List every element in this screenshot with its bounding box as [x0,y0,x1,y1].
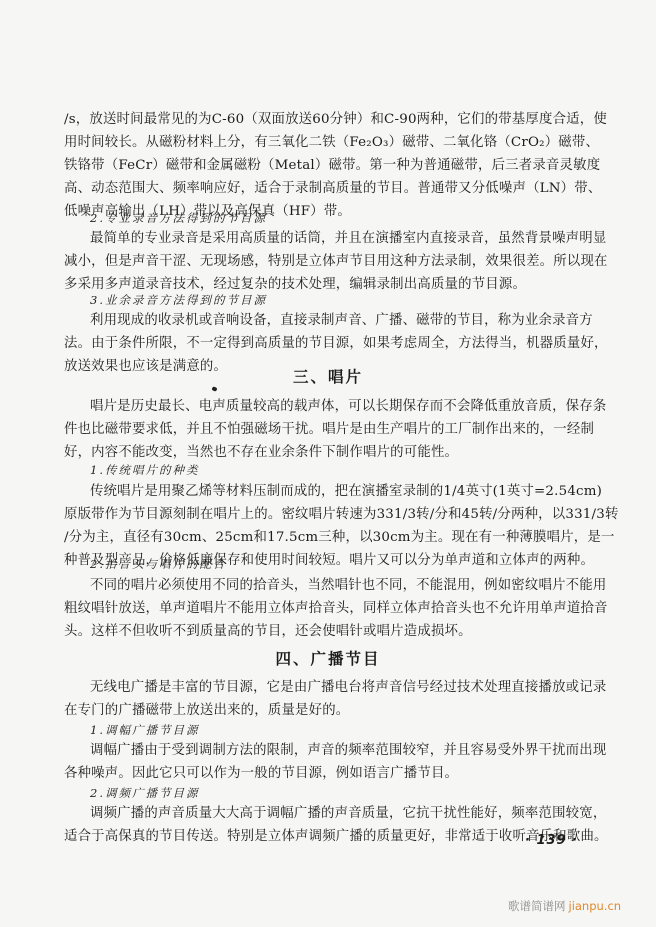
subsection-heading: 2.调频广播节目源 [90,785,199,802]
watermark-domain: jianpu.cn [569,899,622,913]
body-text-line: 用时间较长。从磁粉材料上分，有三氧化二铁（Fe₂O₃）磁带、二氧化铬（CrO₂）… [64,133,586,152]
section-title-records: 三、唱片 [0,366,656,388]
body-text-line: /分为主，直径有30cm、25cm和17.5cm三种，以30cm为主。现在有一种… [64,528,586,547]
subsection-heading: 3.业余录音方法得到的节目源 [90,292,267,309]
subsection-heading: 1.调幅广播节目源 [90,722,199,739]
body-text-line: 不同的唱片必须使用不同的拾音头，当然唱针也不同，不能混用，例如密纹唱片不能用 [90,576,586,595]
page-number: · 139 · [525,833,578,848]
body-text-line: 各种噪声。因此它只可以作为一般的节目源，例如语言广播节目。 [64,764,586,783]
body-text-line: 无线电广播是丰富的节目源，它是由广播电台将声音信号经过技术处理直接播放或记录 [90,678,586,697]
body-text-line: 传统唱片是用聚乙烯等材料压制而成的，把在演播室录制的1/4英寸(1英寸=2.54… [90,482,586,501]
body-text-line: 适合于高保真的节目传送。特别是立体声调频广播的质量更好，非常适于收听音乐和歌曲。 [64,827,586,846]
body-text-line: 头。这样不但收听不到质量高的节目，还会使唱针或唱片造成损坏。 [64,622,586,641]
body-text-line: 唱片是历史最长、电声质量较高的载声体，可以长期保存而不会降低重放音质，保存条 [90,397,586,416]
watermark-chinese: 歌谱简谱网 [508,899,566,913]
body-text-line: 利用现成的收录机或音响设备，直接录制声音、广播、磁带的节目，称为业余录音方 [90,311,586,330]
body-text-line: 调频广播的声音质量大大高于调幅广播的声音质量，它抗干扰性能好，频率范围较宽， [90,804,586,823]
body-text-line: 铁铬带（FeCr）磁带和金属磁粉（Metal）磁带。第一种为普通磁带，后三者录音… [64,156,586,175]
body-text-line: 法。由于条件所限，不一定得到高质量的节目源，如果考虑周全，方法得当，机器质量好， [64,334,586,353]
site-watermark: 歌谱简谱网jianpu.cn [508,898,621,914]
body-text-line: 调幅广播由于受到调制方法的限制，声音的频率范围较窄，并且容易受外界干扰而出现 [90,741,586,760]
section-title-broadcast: 四、广播节目 [0,648,656,670]
body-text-line: 件也比磁带要求低，并且不怕强磁场干扰。唱片是由生产唱片的工厂制作出来的，一经制 [64,420,586,439]
body-text-line: 原版带作为节目源刻制在唱片上的。密纹唱片转速为331/3转/分和45转/分两种，… [64,505,586,524]
body-text-line: 好，内容不能改变，当然也不存在业余条件下制作唱片的可能性。 [64,443,586,462]
subsection-heading: 2.拾音头与唱片的配合 [90,556,226,573]
body-text-line: 在专门的广播磁带上放送出来的，质量是好的。 [64,701,586,720]
body-text-line: 减小，但是声音干涩、无现场感，特别是立体声节目用这种方法录制，效果很差。所以现在 [64,252,586,271]
body-text-line: 高、动态范围大、频率响应好，适合于录制高质量的节目。普通带又分低噪声（LN）带、 [64,179,586,198]
scanned-book-page: /s，放送时间最常见的为C-60（双面放送60分钟）和C-90两种，它们的带基厚… [0,0,656,927]
body-text-line: 粗纹唱针放送，单声道唱片不能用立体声拾音头，同样立体声拾音头也不允许用单声道拾音 [64,599,586,618]
body-text-line: 最简单的专业录音是采用高质量的话筒，并且在演播室内直接录音，虽然背景噪声明显 [90,229,586,248]
subsection-heading: 1.传统唱片的种类 [90,462,199,479]
body-text-line: /s，放送时间最常见的为C-60（双面放送60分钟）和C-90两种，它们的带基厚… [64,110,586,129]
subsection-heading: 2.专业录音方法得到的节目源 [90,210,267,227]
print-speck [211,386,217,392]
